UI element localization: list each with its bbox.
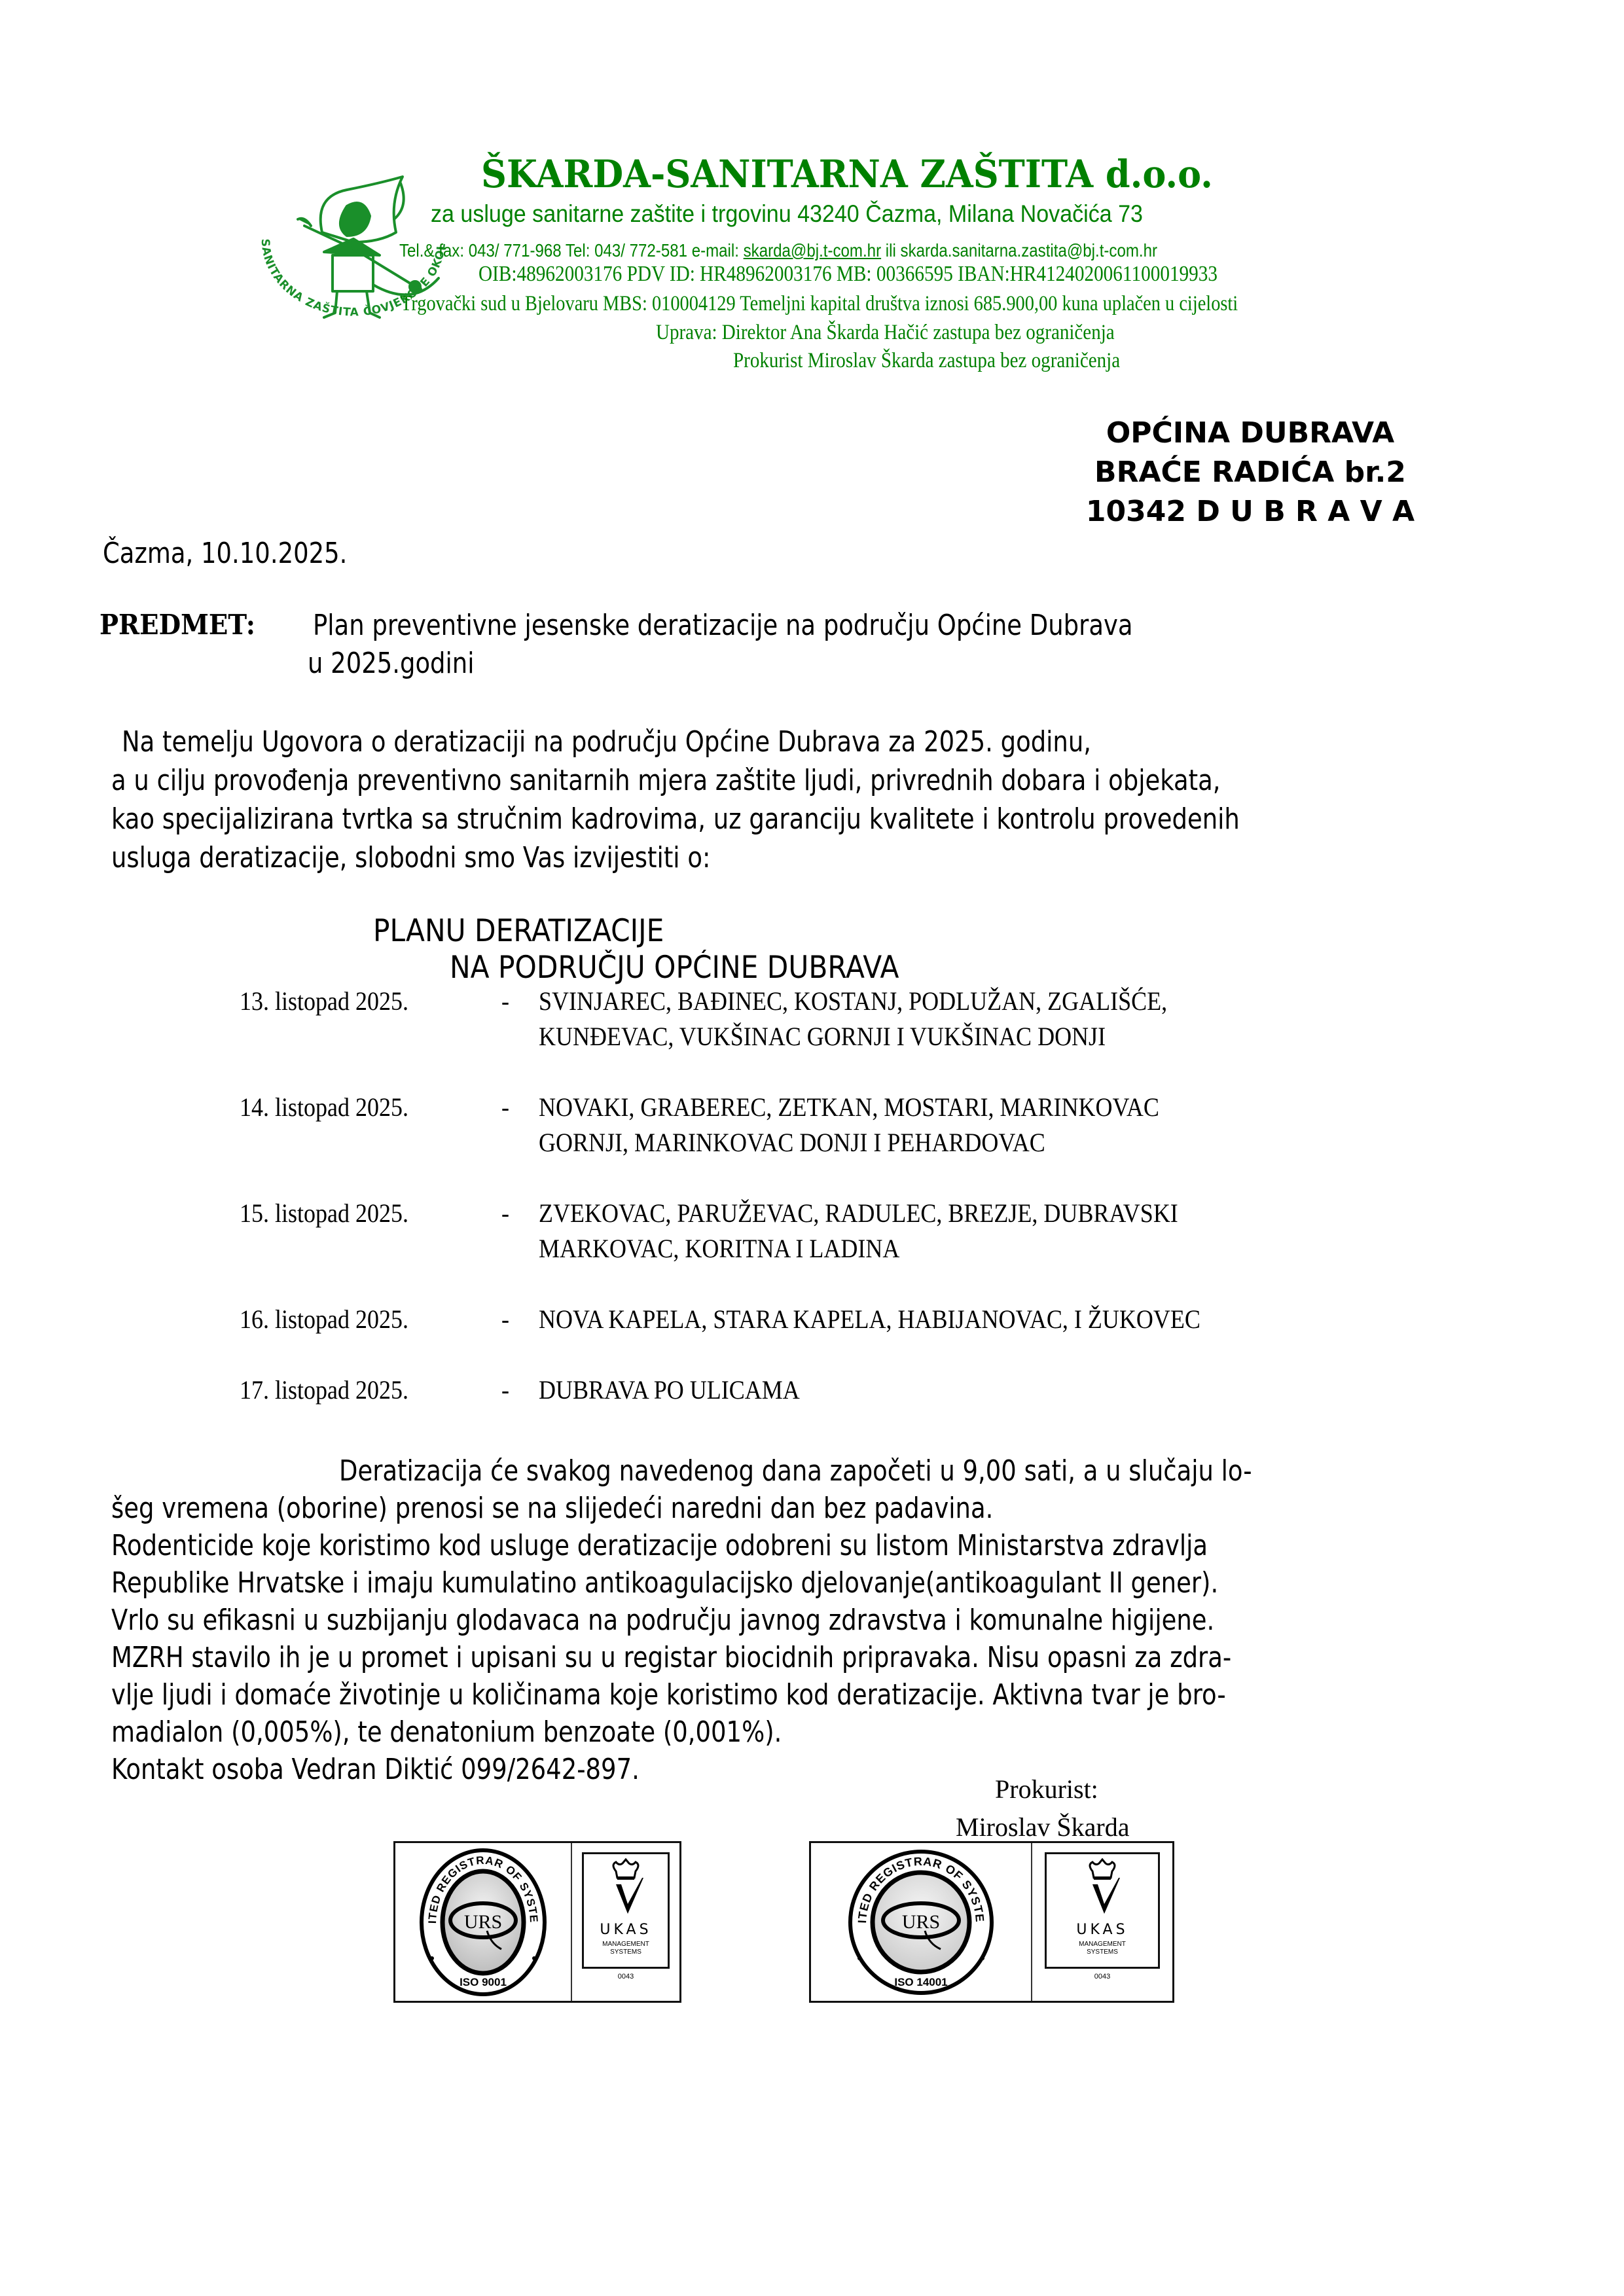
recipient-address: OPĆINA DUBRAVA BRAĆE RADIĆA br.2 10342 D… [1067,414,1434,531]
svg-text:ISO 14001: ISO 14001 [894,1976,947,1988]
ukas-sub-line: SYSTEMS [602,1948,649,1956]
subject-label: PREDMET: [99,609,255,641]
closing-line: šeg vremena (oborine) prenosi se na slij… [111,1492,993,1525]
ukas-subtitle: MANAGEMENT SYSTEMS [602,1941,649,1956]
svg-text:URS: URS [464,1911,502,1933]
schedule-separator: - [501,1374,509,1405]
certification-iso-9001: URS UNITED REGISTRAR OF SYSTEMS ISO 9001… [393,1841,681,2003]
contact-or: ili [881,240,900,260]
intro-line: Na temelju Ugovora o deratizaciji na pod… [122,725,1091,759]
intro-line: kao specijalizirana tvrtka sa stručnim k… [111,802,1240,836]
schedule-date: 13. listopad 2025. [240,986,408,1016]
ukas-sub-line: SYSTEMS [1079,1948,1126,1956]
ukas-mark: UKAS MANAGEMENT SYSTEMS 0043 [572,1843,679,2001]
urs-seal-icon: URS UNITED REGISTRAR OF SYSTEMS ISO 1400… [842,1847,1000,1998]
closing-line: Rodenticide koje koristimo kod usluge de… [111,1529,1208,1562]
ukas-number: 0043 [1094,1973,1110,1981]
schedule-date: 16. listopad 2025. [240,1304,408,1335]
schedule-date: 17. listopad 2025. [240,1374,408,1405]
schedule-date: 14. listopad 2025. [240,1092,408,1122]
schedule-places: SVINJAREC, BAĐINEC, KOSTANJ, PODLUŽAN, Z… [539,986,1167,1016]
subject-text-line-2: u 2025.godini [308,647,474,680]
urs-seal: URS UNITED REGISTRAR OF SYSTEMS ISO 9001 [395,1843,572,2001]
schedule-date: 15. listopad 2025. [240,1198,408,1229]
letter-date: Čazma, 10.10.2025. [103,537,347,570]
signature-title: Prokurist: [995,1774,1098,1804]
company-address: za usluge sanitarne zaštite i trgovinu 4… [431,200,1143,228]
contact-phones: Tel.& fax: 043/ 771-968 Tel: 043/ 772-58… [399,240,744,260]
plan-title-line-2: NA PODRUČJU OPĆINE DUBRAVA [450,950,899,986]
schedule-separator: - [501,1198,509,1229]
schedule-places: KUNĐEVAC, VUKŠINAC GORNJI I VUKŠINAC DON… [539,1021,1106,1052]
email-link-primary[interactable]: skarda@bj.t-com.hr [744,240,881,260]
subject-text-line-1: Plan preventivne jesenske deratizacije n… [313,609,1133,642]
schedule-places: ZVEKOVAC, PARUŽEVAC, RADULEC, BREZJE, DU… [539,1198,1178,1229]
schedule-places: DUBRAVA PO ULICAMA [539,1374,800,1405]
closing-line: Deratizacija će svakog navedenog dana za… [339,1454,1252,1488]
signature-name: Miroslav Škarda [956,1812,1130,1842]
crown-tick-icon [1079,1858,1125,1920]
crown-tick-icon [603,1858,649,1920]
ukas-sub-line: MANAGEMENT [602,1941,649,1948]
closing-line: MZRH stavilo ih je u promet i upisani su… [111,1641,1231,1674]
recipient-city: 10342 D U B R A V A [1067,492,1434,531]
ukas-label: UKAS [600,1922,651,1938]
recipient-street: BRAĆE RADIĆA br.2 [1067,453,1434,492]
urs-seal-icon: URS UNITED REGISTRAR OF SYSTEMS ISO 9001 [418,1847,549,1998]
schedule-places: MARKOVAC, KORITNA I LADINA [539,1233,899,1264]
ukas-subtitle: MANAGEMENT SYSTEMS [1079,1941,1126,1956]
company-management: Uprava: Direktor Ana Škarda Hačić zastup… [656,321,1115,345]
closing-line: vlje ljudi i domaće životinje u količina… [111,1678,1226,1712]
recipient-name: OPĆINA DUBRAVA [1067,414,1434,453]
closing-line: Vrlo su efikasni u suzbijanju glodavaca … [111,1604,1214,1637]
ukas-label: UKAS [1076,1922,1128,1938]
certification-iso-14001: URS UNITED REGISTRAR OF SYSTEMS ISO 1400… [809,1841,1174,2003]
email-secondary: skarda.sanitarna.zastita@bj.t-com.hr [901,240,1157,260]
company-ids: OIB:48962003176 PDV ID: HR48962003176 MB… [478,262,1218,287]
contact-person-line: Kontakt osoba Vedran Diktić 099/2642-897… [111,1753,640,1786]
company-name: ŠKARDA-SANITARNA ZAŠTITA d.o.o. [481,152,1213,196]
closing-line: Republike Hrvatske i imaju kumulatino an… [111,1566,1218,1600]
urs-seal: URS UNITED REGISTRAR OF SYSTEMS ISO 1400… [811,1843,1032,2001]
svg-text:ISO 9001: ISO 9001 [460,1976,507,1988]
company-court-registration: Trgovački sud u Bjelovaru MBS: 010004129… [401,292,1238,316]
plan-title-line-1: PLANU DERATIZACIJE [373,913,664,949]
schedule-places: NOVA KAPELA, STARA KAPELA, HABIJANOVAC, … [539,1304,1200,1335]
closing-line: madialon (0,005%), te denatonium benzoat… [111,1715,782,1749]
schedule-separator: - [501,986,509,1016]
schedule-places: NOVAKI, GRABEREC, ZETKAN, MOSTARI, MARIN… [539,1092,1159,1122]
intro-line: a u cilju provođenja preventivno sanitar… [111,764,1221,797]
ukas-mark: UKAS MANAGEMENT SYSTEMS 0043 [1032,1843,1172,2001]
intro-line: usluga deratizacije, slobodni smo Vas iz… [111,841,710,874]
ukas-sub-line: MANAGEMENT [1079,1941,1126,1948]
schedule-separator: - [501,1304,509,1335]
company-contact: Tel.& fax: 043/ 771-968 Tel: 043/ 772-58… [399,240,1157,261]
company-procurator: Prokurist Miroslav Škarda zastupa bez og… [733,349,1120,373]
ukas-number: 0043 [618,1973,634,1981]
svg-text:URS: URS [902,1911,940,1933]
schedule-places: GORNJI, MARINKOVAC DONJI I PEHARDOVAC [539,1127,1045,1158]
schedule-separator: - [501,1092,509,1122]
